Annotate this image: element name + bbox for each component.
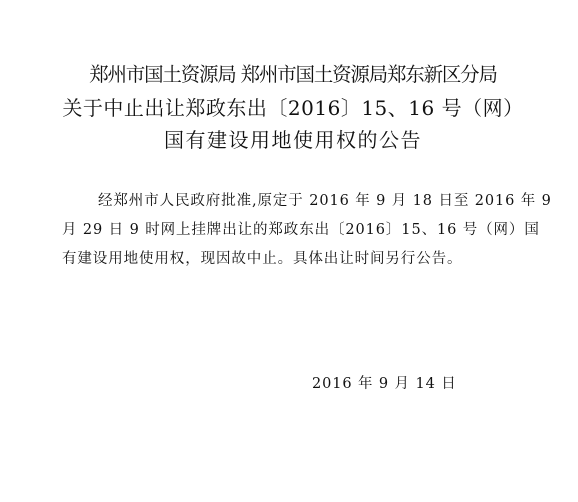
body-paragraph-line-1: 经郑州市人民政府批准,原定于 2016 年 9 月 18 日至 2016 年 9 (98, 192, 552, 210)
subject-title-line-2: 国有建设用地使用权的公告 (0, 128, 578, 152)
issuer-title-line: 郑州市国土资源局 郑州市国土资源局郑东新区分局 (0, 63, 578, 87)
announcement-date: 2016 年 9 月 14 日 (312, 375, 457, 393)
body-paragraph-line-2: 月 29 日 9 时网上挂牌出让的郑政东出〔2016〕15、16 号（网）国 (62, 221, 540, 239)
subject-title-line: 关于中止出让郑政东出〔2016〕15、16 号（网） (0, 96, 578, 120)
body-paragraph-line-3: 有建设用地使用权，现因故中止。具体出让时间另行公告。 (62, 250, 462, 268)
